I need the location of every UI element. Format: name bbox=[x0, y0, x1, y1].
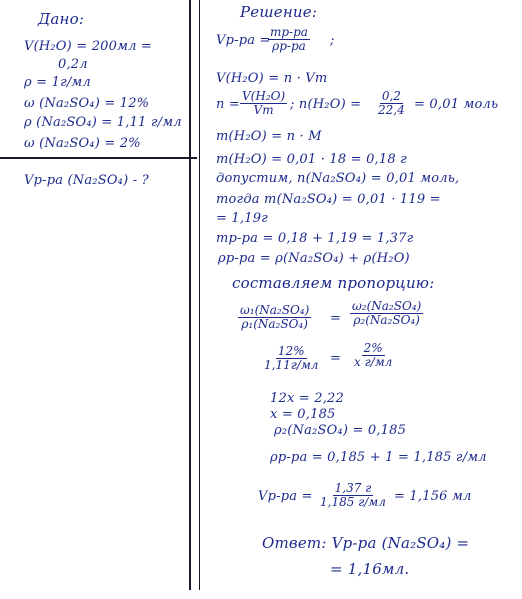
fraction: mр-ра ρр-ра bbox=[268, 26, 310, 53]
given-line: V(H₂O) = 200мл = bbox=[24, 40, 152, 54]
given-line: ω (Na₂SO₄) = 2% bbox=[24, 137, 141, 151]
solution-title: Решение: bbox=[240, 5, 317, 19]
answer-line: Ответ: Vр-ра (Na₂SO₄) = bbox=[262, 536, 469, 550]
formula-line: ρр-ра = ρ(Na₂SO₄) + ρ(H₂O) bbox=[218, 252, 410, 266]
formula-line: m(H₂O) = n · M bbox=[216, 130, 322, 144]
formula-line: x = 0,185 bbox=[270, 408, 336, 422]
given-line: 0,2л bbox=[58, 58, 88, 72]
fraction: 1,37 г 1,185 г/мл bbox=[318, 482, 388, 509]
proportion-heading: составляем пропорцию: bbox=[232, 276, 434, 290]
formula-line: 12x = 2,22 bbox=[270, 392, 344, 406]
formula-line: V(H₂O) = n · Vm bbox=[216, 72, 327, 86]
given-divider bbox=[0, 157, 197, 159]
formula-line: ρр-ра = 0,185 + 1 = 1,185 г/мл bbox=[270, 451, 487, 465]
fraction: 2% x г/мл bbox=[352, 342, 394, 369]
formula-line: mр-ра = 0,18 + 1,19 = 1,37г bbox=[216, 232, 413, 246]
given-title: Дано: bbox=[38, 12, 84, 26]
fraction: 12% 1,11г/мл bbox=[262, 345, 320, 372]
given-line: ρ (Na₂SO₄) = 1,11 г/мл bbox=[24, 116, 182, 130]
fraction: V(H₂O) Vm bbox=[240, 90, 287, 117]
find-line: Vр-ра (Na₂SO₄) - ? bbox=[24, 174, 149, 188]
margin-line-inner bbox=[199, 0, 200, 590]
formula-line: = 1,19г bbox=[216, 212, 268, 226]
fraction: ω₁(Na₂SO₄) ρ₁(Na₂SO₄) bbox=[238, 304, 311, 331]
answer-value: = 1,16мл. bbox=[330, 562, 409, 576]
fraction: ω₂(Na₂SO₄) ρ₂(Na₂SO₄) bbox=[350, 300, 423, 327]
margin-line bbox=[189, 0, 191, 590]
formula-line: тогда m(Na₂SO₄) = 0,01 · 119 = bbox=[216, 193, 441, 207]
formula-line: m(H₂O) = 0,01 · 18 = 0,18 г bbox=[216, 153, 407, 167]
fraction: 0,2 22,4 bbox=[376, 90, 407, 117]
formula-line: ρ₂(Na₂SO₄) = 0,185 bbox=[274, 424, 406, 438]
formula-line: допустим, n(Na₂SO₄) = 0,01 моль, bbox=[216, 172, 459, 186]
formula-volume: Vр-ра = bbox=[216, 34, 271, 48]
given-line: ρ = 1г/мл bbox=[24, 76, 91, 90]
given-line: ω (Na₂SO₄) = 12% bbox=[24, 97, 149, 111]
